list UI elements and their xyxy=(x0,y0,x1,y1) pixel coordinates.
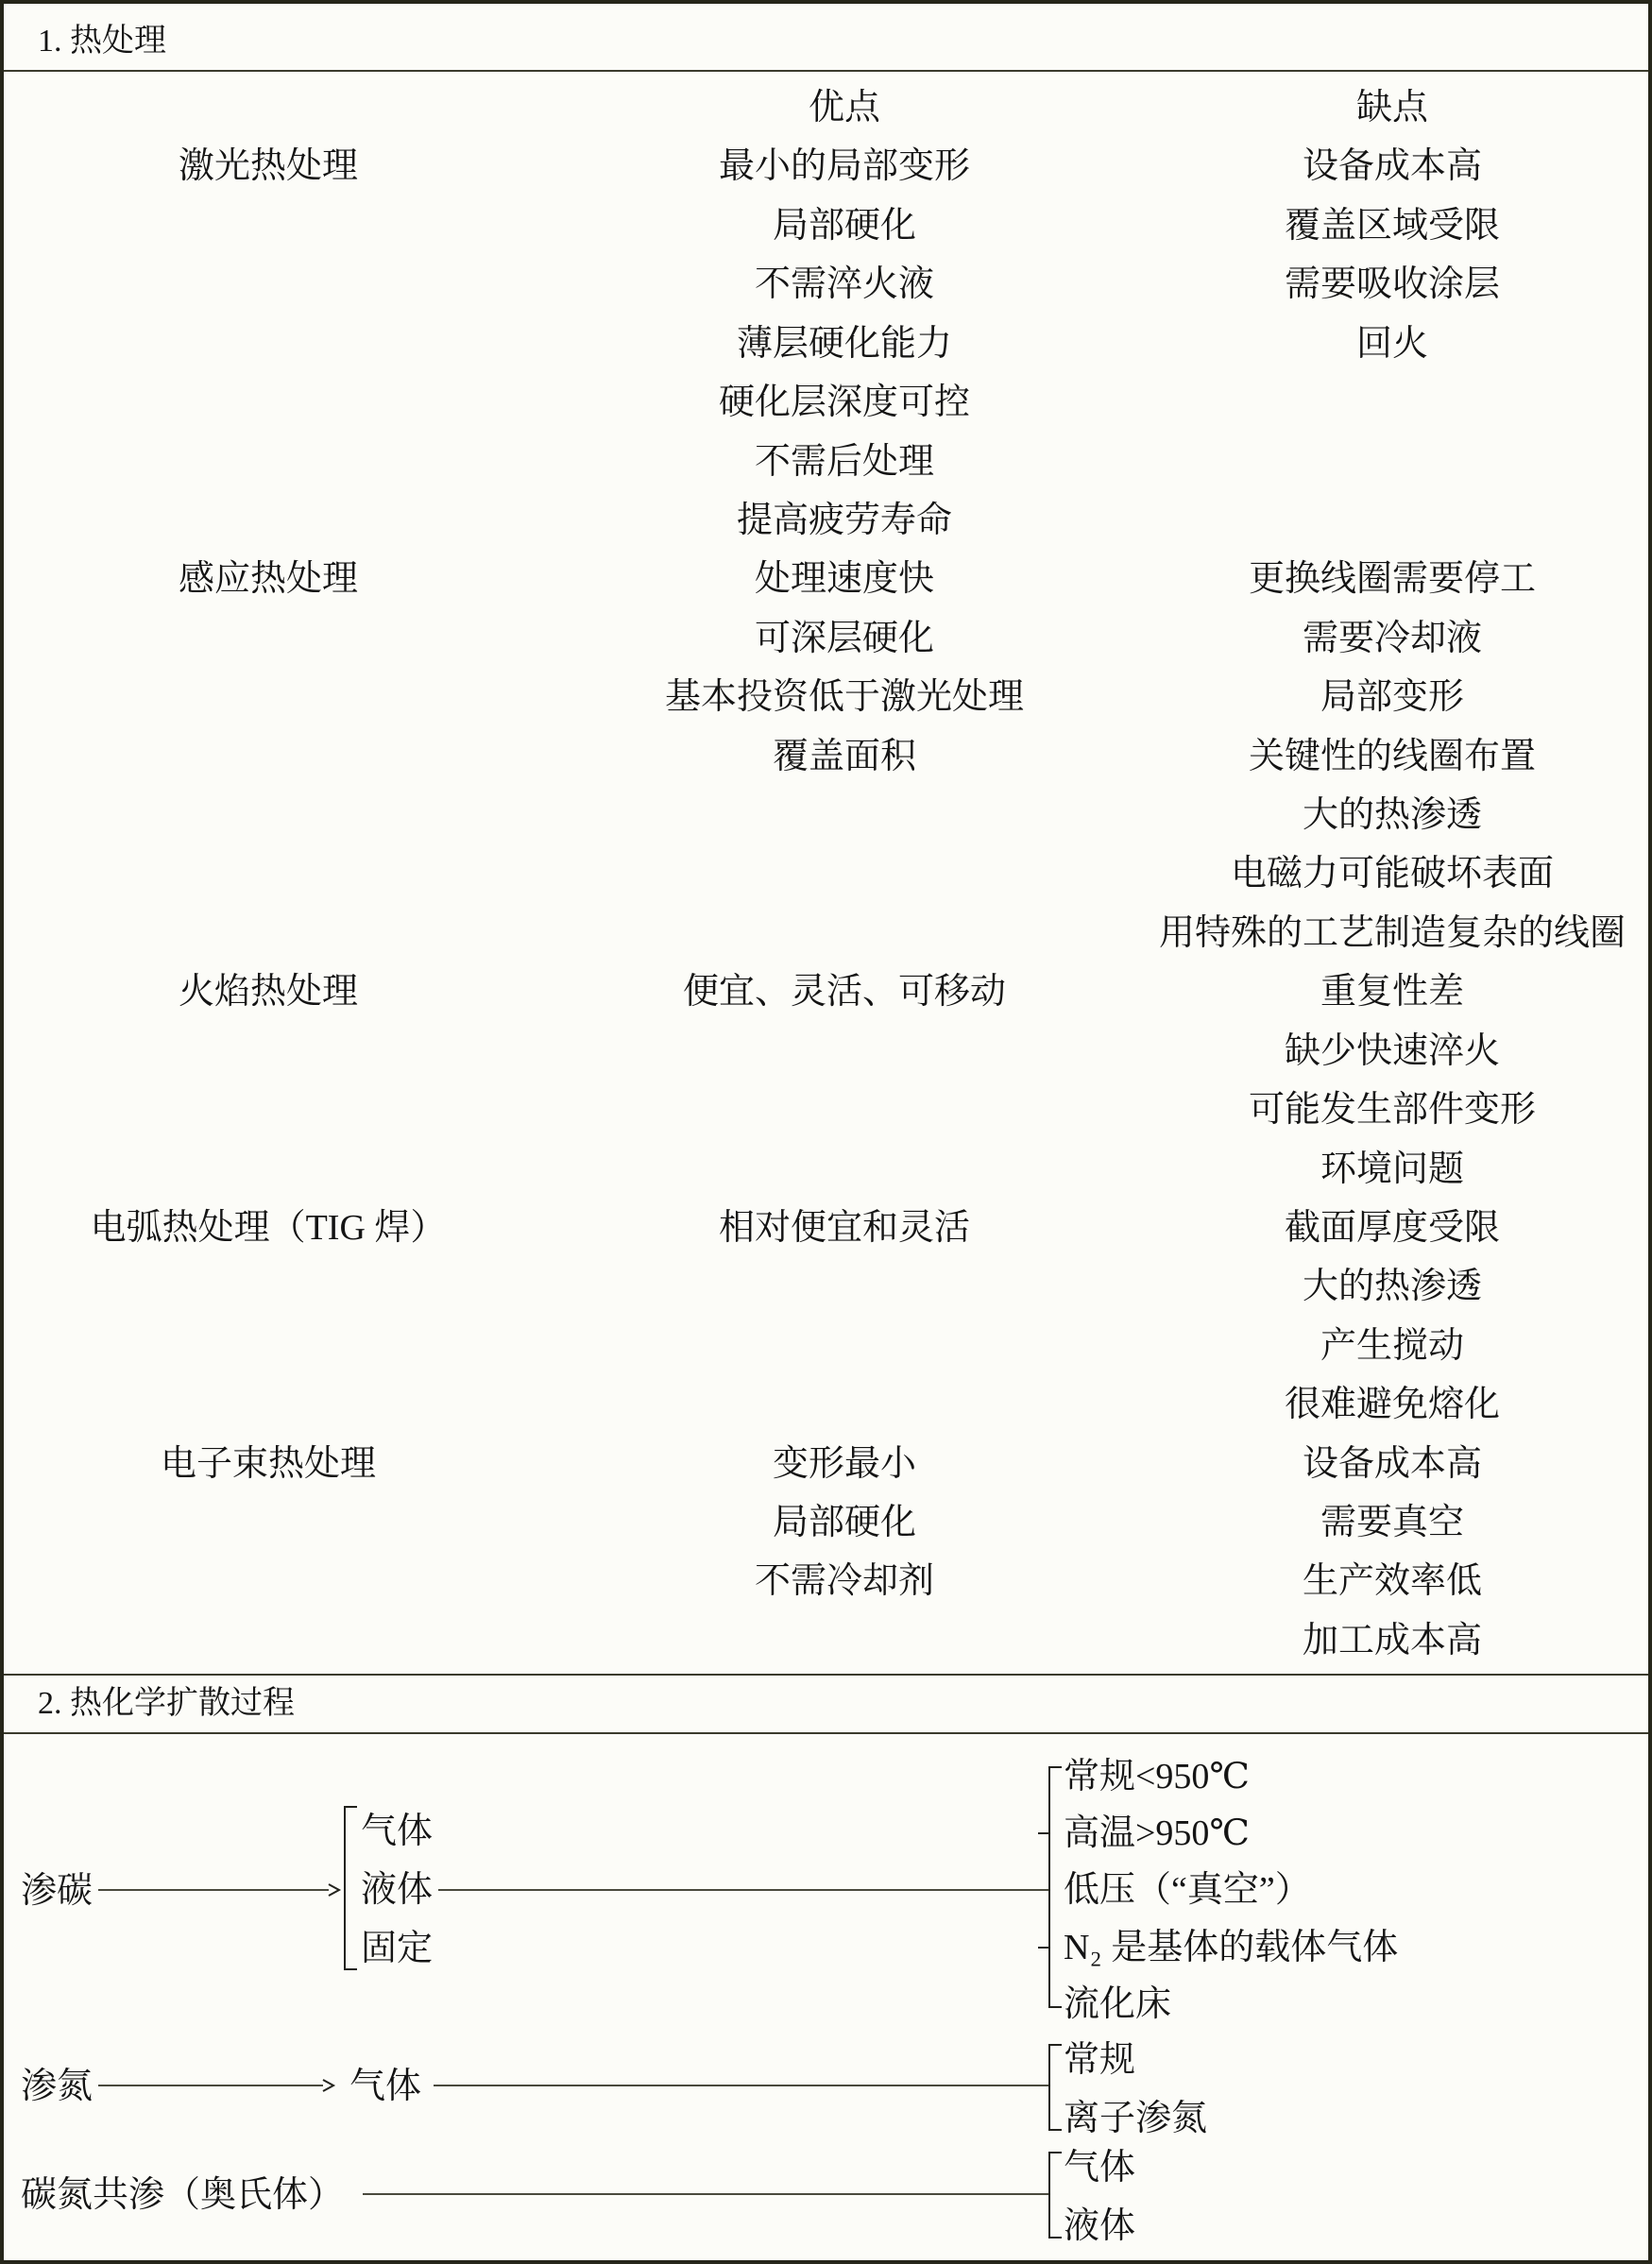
table-row: 不需淬火液需要吸收涂层 xyxy=(4,264,1648,305)
table-row: 缺少快速淬火 xyxy=(4,1030,1648,1072)
cell-dis: 重复性差 xyxy=(1081,971,1652,1013)
option-label: 低压（“真空”） xyxy=(1064,1869,1311,1911)
table-row: 大的热渗透 xyxy=(4,1266,1648,1307)
bracket-tick xyxy=(1048,2129,1062,2131)
table-row: 局部硬化覆盖区域受限 xyxy=(4,205,1648,247)
options-bracket-line xyxy=(1048,2044,1050,2131)
cell-dis: 设备成本高 xyxy=(1081,145,1652,187)
cell-dis: 需要真空 xyxy=(1081,1502,1652,1543)
option-label: 液体 xyxy=(1064,2205,1135,2247)
cell-dis: 大的热渗透 xyxy=(1081,1266,1652,1307)
cell-dis: 需要冷却液 xyxy=(1081,618,1652,659)
section2-title: 2. 热化学扩散过程 xyxy=(38,1683,295,1725)
cell-adv: 便宜、灵活、可移动 xyxy=(533,971,1156,1013)
cell-dis: 局部变形 xyxy=(1081,676,1652,718)
bracket-tick xyxy=(1048,1766,1062,1768)
cell-adv: 提高疲劳寿命 xyxy=(533,500,1156,541)
options-bracket-line xyxy=(1048,1766,1050,2008)
cell-adv: 覆盖面积 xyxy=(533,736,1156,777)
process-label-nitriding: 渗氮 xyxy=(21,2066,93,2107)
arrowhead-icon xyxy=(321,2078,336,2093)
table-row: 不需冷却剂生产效率低 xyxy=(4,1560,1648,1602)
option-label: 常规<950℃ xyxy=(1064,1756,1250,1797)
table-row: 不需后处理 xyxy=(4,441,1648,483)
table-row: 产生搅动 xyxy=(4,1325,1648,1367)
table-row: 加工成本高 xyxy=(4,1620,1648,1661)
bracket-tick xyxy=(1048,2006,1062,2008)
column-header-disadvantages: 缺点 xyxy=(1081,87,1652,128)
arrow-line xyxy=(98,1889,329,1891)
option-label: 离子渗氮 xyxy=(1064,2098,1207,2139)
cell-adv: 不需淬火液 xyxy=(533,264,1156,305)
cell-method: 火焰热处理 xyxy=(4,971,533,1013)
table-row: 硬化层深度可控 xyxy=(4,382,1648,423)
table-row: 基本投资低于激光处理局部变形 xyxy=(4,676,1648,718)
table-row: 电磁力可能破坏表面 xyxy=(4,853,1648,894)
cell-dis: 加工成本高 xyxy=(1081,1620,1652,1661)
cell-dis: 设备成本高 xyxy=(1081,1443,1652,1485)
cell-dis: 产生搅动 xyxy=(1081,1325,1652,1367)
option-label: 高温>950℃ xyxy=(1064,1813,1250,1854)
option-label: 气体 xyxy=(1064,2147,1135,2188)
connector-line xyxy=(363,2193,1048,2195)
table-row: 很难避免熔化 xyxy=(4,1384,1648,1425)
cell-adv: 硬化层深度可控 xyxy=(533,382,1156,423)
cell-adv: 局部硬化 xyxy=(533,205,1156,247)
table-row: 环境问题 xyxy=(4,1149,1648,1190)
cell-dis: 缺少快速淬火 xyxy=(1081,1030,1652,1072)
options-bracket-line xyxy=(1048,2152,1050,2238)
table-row: 薄层硬化能力回火 xyxy=(4,323,1648,365)
arrow-line xyxy=(98,2085,323,2086)
section1-title: 1. 热处理 xyxy=(38,21,166,62)
table-row: 提高疲劳寿命 xyxy=(4,500,1648,541)
cell-dis: 截面厚度受限 xyxy=(1081,1207,1652,1249)
cell-method: 感应热处理 xyxy=(4,558,533,600)
bracket-tick xyxy=(1048,2152,1062,2153)
cell-dis: 覆盖区域受限 xyxy=(1081,205,1652,247)
bracket-tick xyxy=(1038,1947,1049,1949)
table-row: 电子束热处理变形最小设备成本高 xyxy=(4,1443,1648,1485)
process-label-carbonitriding: 碳氮共渗（奥氏体） xyxy=(21,2174,344,2216)
section2-bottom-divider xyxy=(4,1732,1648,1734)
medium-label: 气体 xyxy=(349,2066,421,2107)
cell-adv: 可深层硬化 xyxy=(533,618,1156,659)
cell-dis: 需要吸收涂层 xyxy=(1081,264,1652,305)
bracket-tick xyxy=(1048,2237,1062,2238)
table-row: 可深层硬化需要冷却液 xyxy=(4,618,1648,659)
media-bracket-line xyxy=(344,1806,346,1970)
cell-dis: 很难避免熔化 xyxy=(1081,1384,1652,1425)
cell-adv: 薄层硬化能力 xyxy=(533,323,1156,365)
cell-adv: 基本投资低于激光处理 xyxy=(533,676,1156,718)
table-header-row: 优点 缺点 xyxy=(4,87,1648,128)
cell-dis: 电磁力可能破坏表面 xyxy=(1081,853,1652,894)
table-row: 局部硬化需要真空 xyxy=(4,1502,1648,1543)
connector-line xyxy=(438,1889,1048,1891)
bracket-tick xyxy=(344,1968,357,1970)
medium-label: 液体 xyxy=(361,1869,433,1911)
option-label: 常规 xyxy=(1064,2039,1135,2081)
column-header-advantages: 优点 xyxy=(533,87,1156,128)
cell-dis: 可能发生部件变形 xyxy=(1081,1089,1652,1131)
cell-adv: 最小的局部变形 xyxy=(533,145,1156,187)
cell-dis: 关键性的线圈布置 xyxy=(1081,736,1652,777)
table-row: 火焰热处理便宜、灵活、可移动重复性差 xyxy=(4,971,1648,1013)
bracket-tick xyxy=(1038,1832,1049,1834)
cell-dis: 用特殊的工艺制造复杂的线圈 xyxy=(1081,912,1652,954)
cell-dis: 更换线圈需要停工 xyxy=(1081,558,1652,600)
arrowhead-icon xyxy=(327,1882,342,1898)
cell-method: 电弧热处理（TIG 焊） xyxy=(4,1207,533,1249)
table-row: 大的热渗透 xyxy=(4,794,1648,836)
cell-adv: 不需后处理 xyxy=(533,441,1156,483)
table-row: 电弧热处理（TIG 焊）相对便宜和灵活截面厚度受限 xyxy=(4,1207,1648,1249)
connector-line xyxy=(434,2085,1048,2086)
cell-adv: 局部硬化 xyxy=(533,1502,1156,1543)
option-label: 流化床 xyxy=(1064,1983,1171,2025)
table-row: 激光热处理最小的局部变形设备成本高 xyxy=(4,145,1648,187)
cell-dis: 环境问题 xyxy=(1081,1149,1652,1190)
table-row: 用特殊的工艺制造复杂的线圈 xyxy=(4,912,1648,954)
cell-adv: 不需冷却剂 xyxy=(533,1560,1156,1602)
process-label-carburizing: 渗碳 xyxy=(21,1870,93,1912)
cell-method: 电子束热处理 xyxy=(4,1443,533,1485)
cell-dis: 生产效率低 xyxy=(1081,1560,1652,1602)
medium-label: 固定 xyxy=(361,1928,433,1969)
section1-header-divider xyxy=(4,70,1648,72)
bracket-tick xyxy=(344,1806,357,1808)
document-page: 1. 热处理 优点 缺点 激光热处理最小的局部变形设备成本高局部硬化覆盖区域受限… xyxy=(0,0,1652,2264)
table-row: 覆盖面积关键性的线圈布置 xyxy=(4,736,1648,777)
table-row: 感应热处理处理速度快更换线圈需要停工 xyxy=(4,558,1648,600)
cell-method: 激光热处理 xyxy=(4,145,533,187)
table-row: 可能发生部件变形 xyxy=(4,1089,1648,1131)
cell-adv: 相对便宜和灵活 xyxy=(533,1207,1156,1249)
cell-adv: 处理速度快 xyxy=(533,558,1156,600)
section2-top-divider xyxy=(4,1674,1648,1676)
option-label: N₂ 是基体的载体气体 xyxy=(1064,1927,1398,1968)
bracket-tick xyxy=(1048,2044,1062,2046)
cell-dis: 回火 xyxy=(1081,323,1652,365)
cell-adv: 变形最小 xyxy=(533,1443,1156,1485)
cell-dis: 大的热渗透 xyxy=(1081,794,1652,836)
medium-label: 气体 xyxy=(361,1811,433,1852)
